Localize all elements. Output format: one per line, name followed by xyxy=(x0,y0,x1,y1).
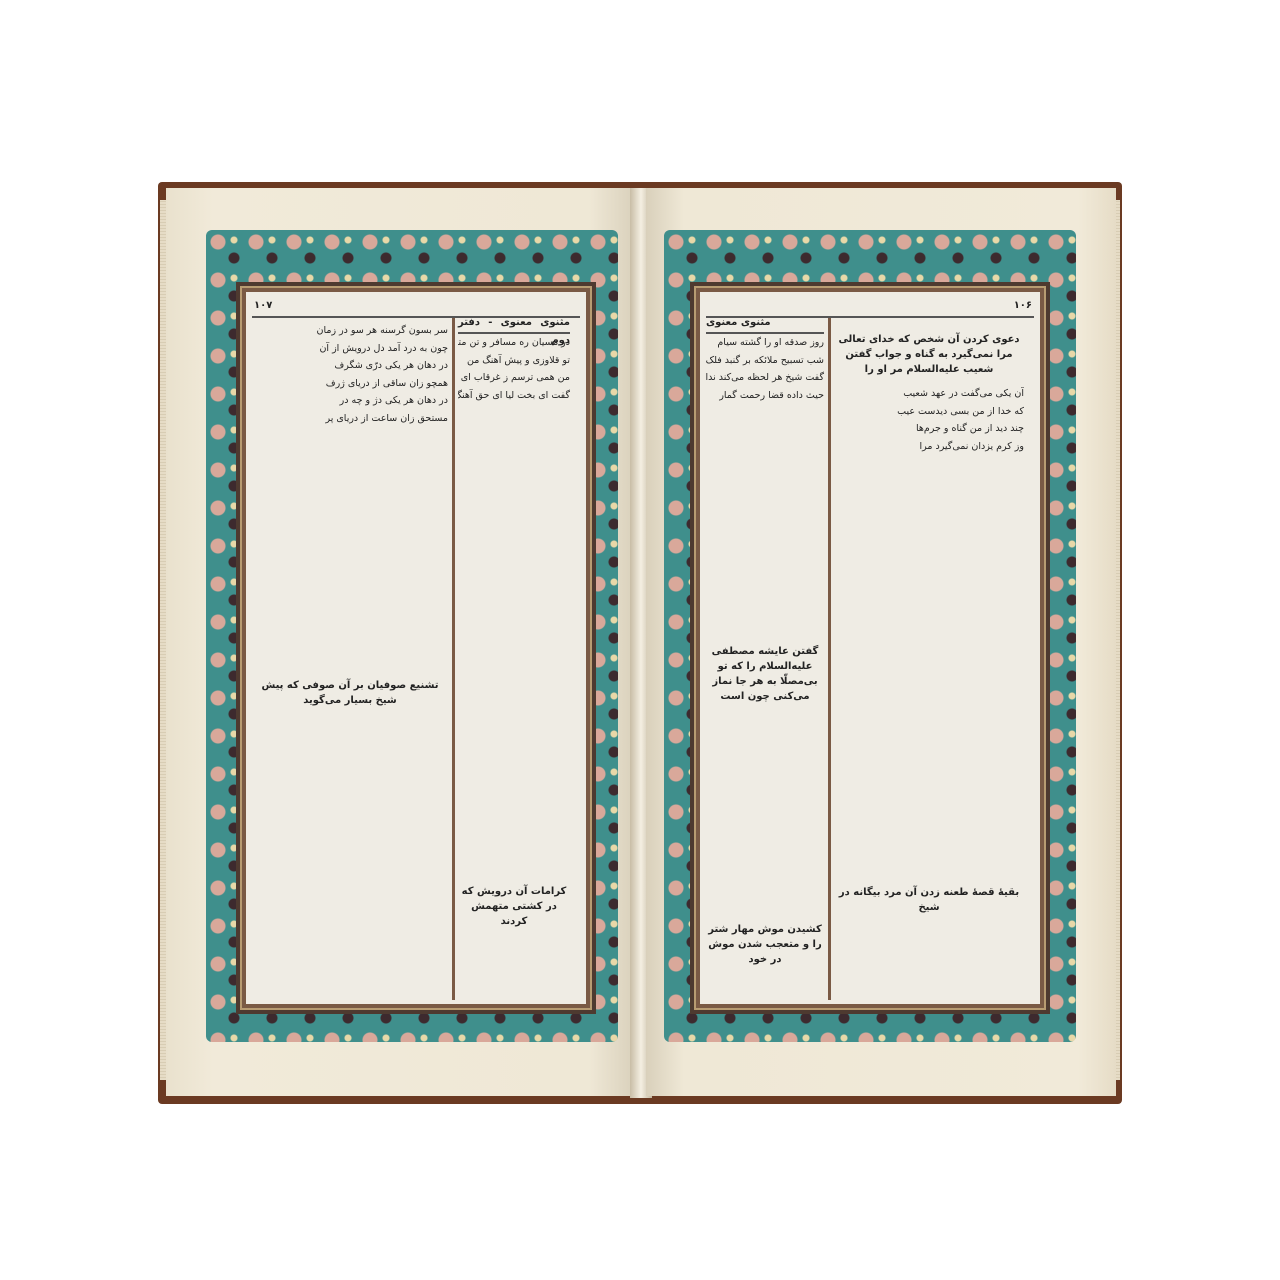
running-title: مثنوی معنوی - دفتر دوم xyxy=(458,314,570,334)
section-heading: دعوی کردن آن شخص که خدای تعالی مرا نمی‌گ… xyxy=(834,332,1024,377)
verse-line: روز صدقه او را گشته سیام xyxy=(706,334,824,352)
verse-line: سر بسون گرسنه هر سو در زمان xyxy=(252,322,448,340)
text-panel-left: ۱۰۷ سر بسون گرسنه هر سو در زمان چون به د… xyxy=(246,292,586,1004)
verse-line: در دهان هر یکی دژ و چه در xyxy=(252,392,448,410)
left-page: ۱۰۷ سر بسون گرسنه هر سو در زمان چون به د… xyxy=(166,188,636,1096)
section-heading: تشنیع صوفیان بر آن صوفی که پیش شیخ بسیار… xyxy=(252,678,448,708)
section-heading: کرامات آن درویش که در کشتی متهمش کردند xyxy=(458,884,570,929)
verse-line: من همی ترسم ز غرقاب ای رفیق xyxy=(458,369,570,387)
verse-line: گفت ای بخت لیا ای حق آهنگ xyxy=(458,387,570,405)
text-column: سر بسون گرسنه هر سو در زمان چون به درد آ… xyxy=(252,322,448,998)
page-frame-right: ۱۰۶ مثنوی معنوی روز صدقه او را گشته سیام… xyxy=(690,282,1050,1014)
page-frame-left: ۱۰۷ سر بسون گرسنه هر سو در زمان چون به د… xyxy=(236,282,596,1014)
verse-line: گفت شیخ هر لحظه می‌کند ندا xyxy=(706,369,824,387)
verse-line: تو قلاوزی و پیش آهنگ من xyxy=(458,352,570,370)
verse-line: وز کرم یزدان نمی‌گیرد مرا xyxy=(834,438,1024,456)
page-number: ۱۰۶ xyxy=(1014,300,1032,311)
verse-line: همچو زان ساقی از دریای ژرف xyxy=(252,375,448,393)
right-page: ۱۰۶ مثنوی معنوی روز صدقه او را گشته سیام… xyxy=(646,188,1116,1096)
section-heading: کشیدن موش مهار شتر را و متعجب شدن موش در… xyxy=(706,922,824,967)
section-heading: گفتن عایشه مصطفی علیه‌السلام را که تو بی… xyxy=(706,644,824,704)
section-heading: بقیهٔ قصهٔ طعنه زدن آن مرد بیگانه در شیخ xyxy=(834,885,1024,915)
verse-line: در دهان هر یکی درّی شگرف xyxy=(252,357,448,375)
verse-line: چون به درد آمد دل درویش از آن xyxy=(252,340,448,358)
verse-line: شب تسبیح ملائکه بر گنبد فلک xyxy=(706,352,824,370)
text-column: مثنوی معنوی روز صدقه او را گشته سیام شب … xyxy=(706,322,824,998)
verse-line: که خدا از من بسی دیدست عیب xyxy=(834,403,1024,421)
text-column: مثنوی معنوی - دفتر دوم در مسیان ره مسافر… xyxy=(458,322,570,998)
running-title: مثنوی معنوی xyxy=(706,314,824,334)
verse-line: مستحق زان ساعت از دریای پر xyxy=(252,410,448,428)
verse-line: چند دید از من گناه و جرم‌ها xyxy=(834,420,1024,438)
text-column: دعوی کردن آن شخص که خدای تعالی مرا نمی‌گ… xyxy=(834,322,1024,998)
page-number: ۱۰۷ xyxy=(254,300,272,311)
verse-line: آن یکی می‌گفت در عهد شعیب xyxy=(834,385,1024,403)
text-panel-right: ۱۰۶ مثنوی معنوی روز صدقه او را گشته سیام… xyxy=(700,292,1040,1004)
verse-line: حیث داده قضا رحمت گمار xyxy=(706,387,824,405)
